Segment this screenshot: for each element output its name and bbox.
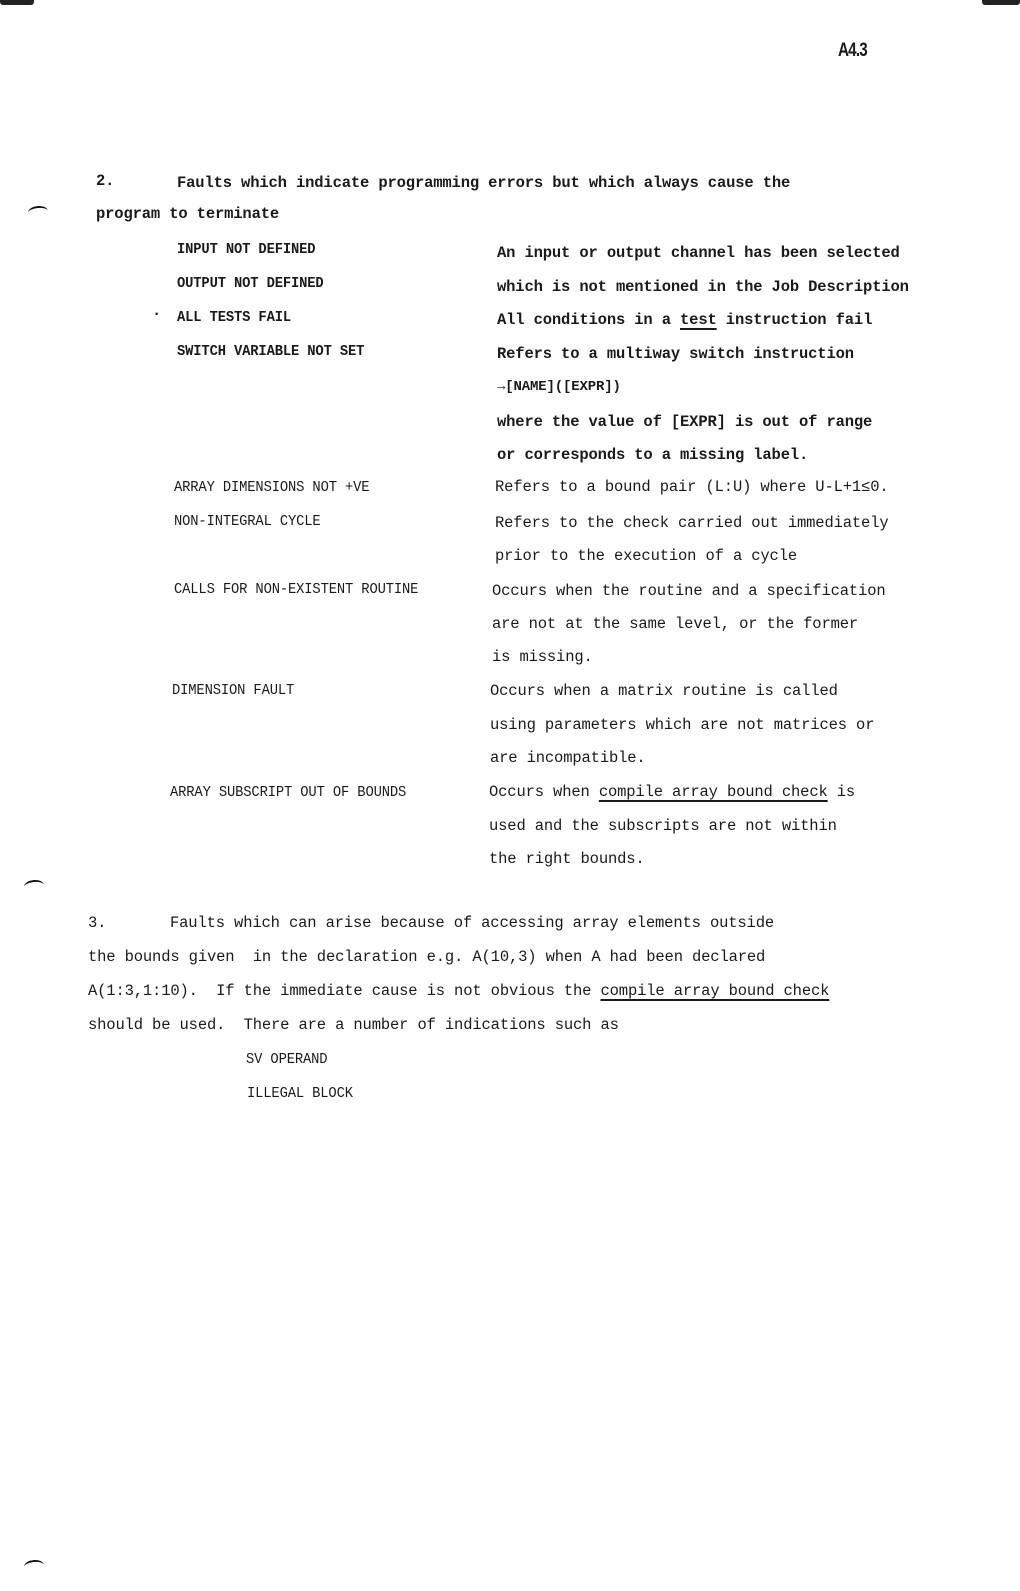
fault-description: is missing. [492, 650, 593, 666]
section-3-number: 3. [88, 916, 106, 932]
switch-syntax: →[NAME]([EXPR]) [497, 380, 621, 394]
fault-description: Occurs when the routine and a specificat… [492, 584, 886, 600]
fault-description: using parameters which are not matrices … [490, 718, 874, 734]
indication-item: ILLEGAL BLOCK [247, 1086, 353, 1101]
fault-description: used and the subscripts are not within [489, 819, 837, 835]
underlined-term: compile array bound check [599, 783, 828, 801]
margin-mark [23, 1559, 44, 1573]
fault-name: DIMENSION FAULT [172, 683, 294, 698]
fault-name: CALLS FOR NON-EXISTENT ROUTINE [174, 582, 418, 597]
scan-edge-mark [0, 0, 34, 5]
section-3-line: A(1:3,1:10). If the immediate cause is n… [88, 984, 829, 1000]
fault-description: are incompatible. [490, 751, 646, 767]
fault-description: prior to the execution of a cycle [495, 549, 797, 565]
document-page: A4.3 2. Faults which indicate programmin… [0, 0, 1020, 1591]
fault-description: where the value of [EXPR] is out of rang… [497, 415, 872, 431]
fault-name: ALL TESTS FAIL [177, 310, 291, 325]
fault-description: Refers to a bound pair (L:U) where U-L+1… [495, 480, 889, 496]
description-text: Occurs when [489, 783, 599, 801]
fault-description: Occurs when compile array bound check is [489, 785, 855, 801]
underlined-term: test [680, 311, 717, 329]
fault-name: SWITCH VARIABLE NOT SET [177, 344, 364, 359]
fault-description: which is not mentioned in the Job Descri… [497, 280, 909, 296]
margin-mark [27, 205, 48, 219]
fault-description: are not at the same level, or the former [492, 617, 858, 633]
fault-name: OUTPUT NOT DEFINED [177, 276, 324, 291]
underlined-term: compile array bound check [601, 982, 830, 1000]
fault-description: An input or output channel has been sele… [497, 246, 900, 262]
page-number: A4.3 [838, 40, 867, 62]
margin-mark [23, 879, 44, 893]
bullet-dot: · [152, 307, 161, 323]
fault-description: Refers to a multiway switch instruction [497, 347, 854, 363]
section-3-line: should be used. There are a number of in… [88, 1018, 619, 1034]
line-text: A(1:3,1:10). If the immediate cause is n… [88, 982, 601, 1000]
description-text: instruction fail [717, 311, 873, 329]
scan-edge-mark [982, 0, 1020, 5]
section-3-line: Faults which can arise because of access… [170, 916, 774, 932]
section-2-heading-line1: Faults which indicate programming errors… [177, 176, 790, 192]
description-text: is [828, 783, 855, 801]
fault-description: or corresponds to a missing label. [497, 448, 808, 464]
description-text: All conditions in a [497, 311, 680, 329]
section-2-heading-line2: program to terminate [96, 207, 279, 223]
fault-name: ARRAY SUBSCRIPT OUT OF BOUNDS [170, 785, 406, 800]
fault-description: Occurs when a matrix routine is called [490, 684, 838, 700]
fault-name: NON-INTEGRAL CYCLE [174, 514, 321, 529]
fault-description: the right bounds. [489, 852, 645, 868]
fault-description: All conditions in a test instruction fai… [497, 313, 872, 329]
indication-item: SV OPERAND [246, 1052, 327, 1067]
fault-name: INPUT NOT DEFINED [177, 242, 315, 257]
section-3-line: the bounds given in the declaration e.g.… [88, 950, 765, 966]
section-2-number: 2. [96, 174, 114, 190]
fault-description: Refers to the check carried out immediat… [495, 516, 889, 532]
fault-name: ARRAY DIMENSIONS NOT +VE [174, 480, 369, 495]
